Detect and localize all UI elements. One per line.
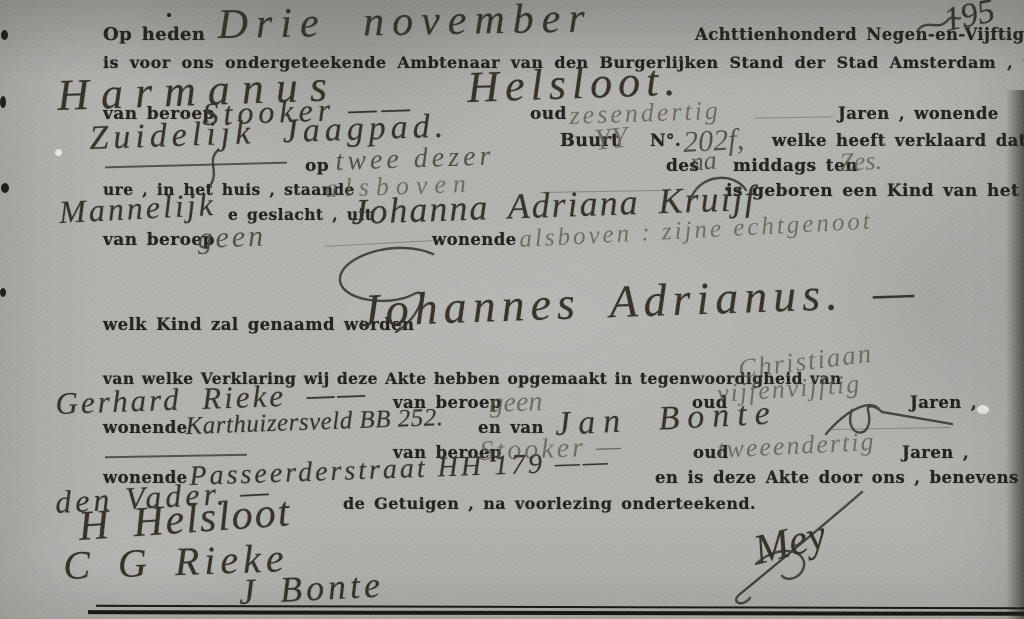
pen-flourish-dash-cross [200,148,226,190]
hw-date: Drie november [217,0,593,46]
printed-wonende-2: wonende [432,232,517,249]
hw-birth-hour: Zes. [839,148,883,176]
pen-dash-line [755,116,833,118]
printed-is-geboren: is geboren een Kind van het [726,183,1019,200]
printed-op: op [305,158,329,175]
printed-getuigen: de Getuigen , na voorlezing onderteekend… [343,496,756,512]
pen-dash-line [105,162,287,169]
printed-wonende-3: wonende [103,420,188,437]
hw-child-sex: Mannelijk [58,188,216,228]
printed-welke-verklaard: welke heeft verklaard dat [772,133,1024,150]
printed-akte-benevens: en is deze Akte door ons , benevens [655,470,1019,487]
pen-flourish-curl [688,170,750,200]
film-white-speck [977,405,989,414]
printed-jaren-wonende: Jaren , wonende [838,106,999,123]
hw-mother-beroep: geen [197,222,267,254]
film-speck [1,30,8,40]
film-speck [167,13,171,17]
pen-dash-line [105,454,247,458]
pen-scribble-corner [916,12,962,38]
printed-no: N°. [650,133,681,150]
hw-child-name: Johannes Adrianus. — [358,268,920,334]
film-white-speck [55,149,62,156]
film-speck [0,288,6,297]
bottom-rule-thin [96,605,1024,609]
pen-flourish-large-j [318,246,442,338]
birth-record-scan: Op heden Achttienhonderd Negen-en-Vijfti… [0,0,1024,619]
signature-witness2: J Bonte [238,566,385,610]
hw-witness1-beroep: geen [489,388,543,418]
printed-jaren-2: Jaren , [902,445,969,462]
page-edge-shadow [1006,90,1024,619]
hw-buurt-code: YY [593,123,629,156]
film-speck [0,96,6,108]
film-speck [1,183,9,193]
bottom-rule-thick [88,610,1024,616]
printed-op-heden: Op heden [103,26,205,44]
pen-flourish-bonte [818,398,958,442]
pen-stroke-official-signature [712,488,884,610]
